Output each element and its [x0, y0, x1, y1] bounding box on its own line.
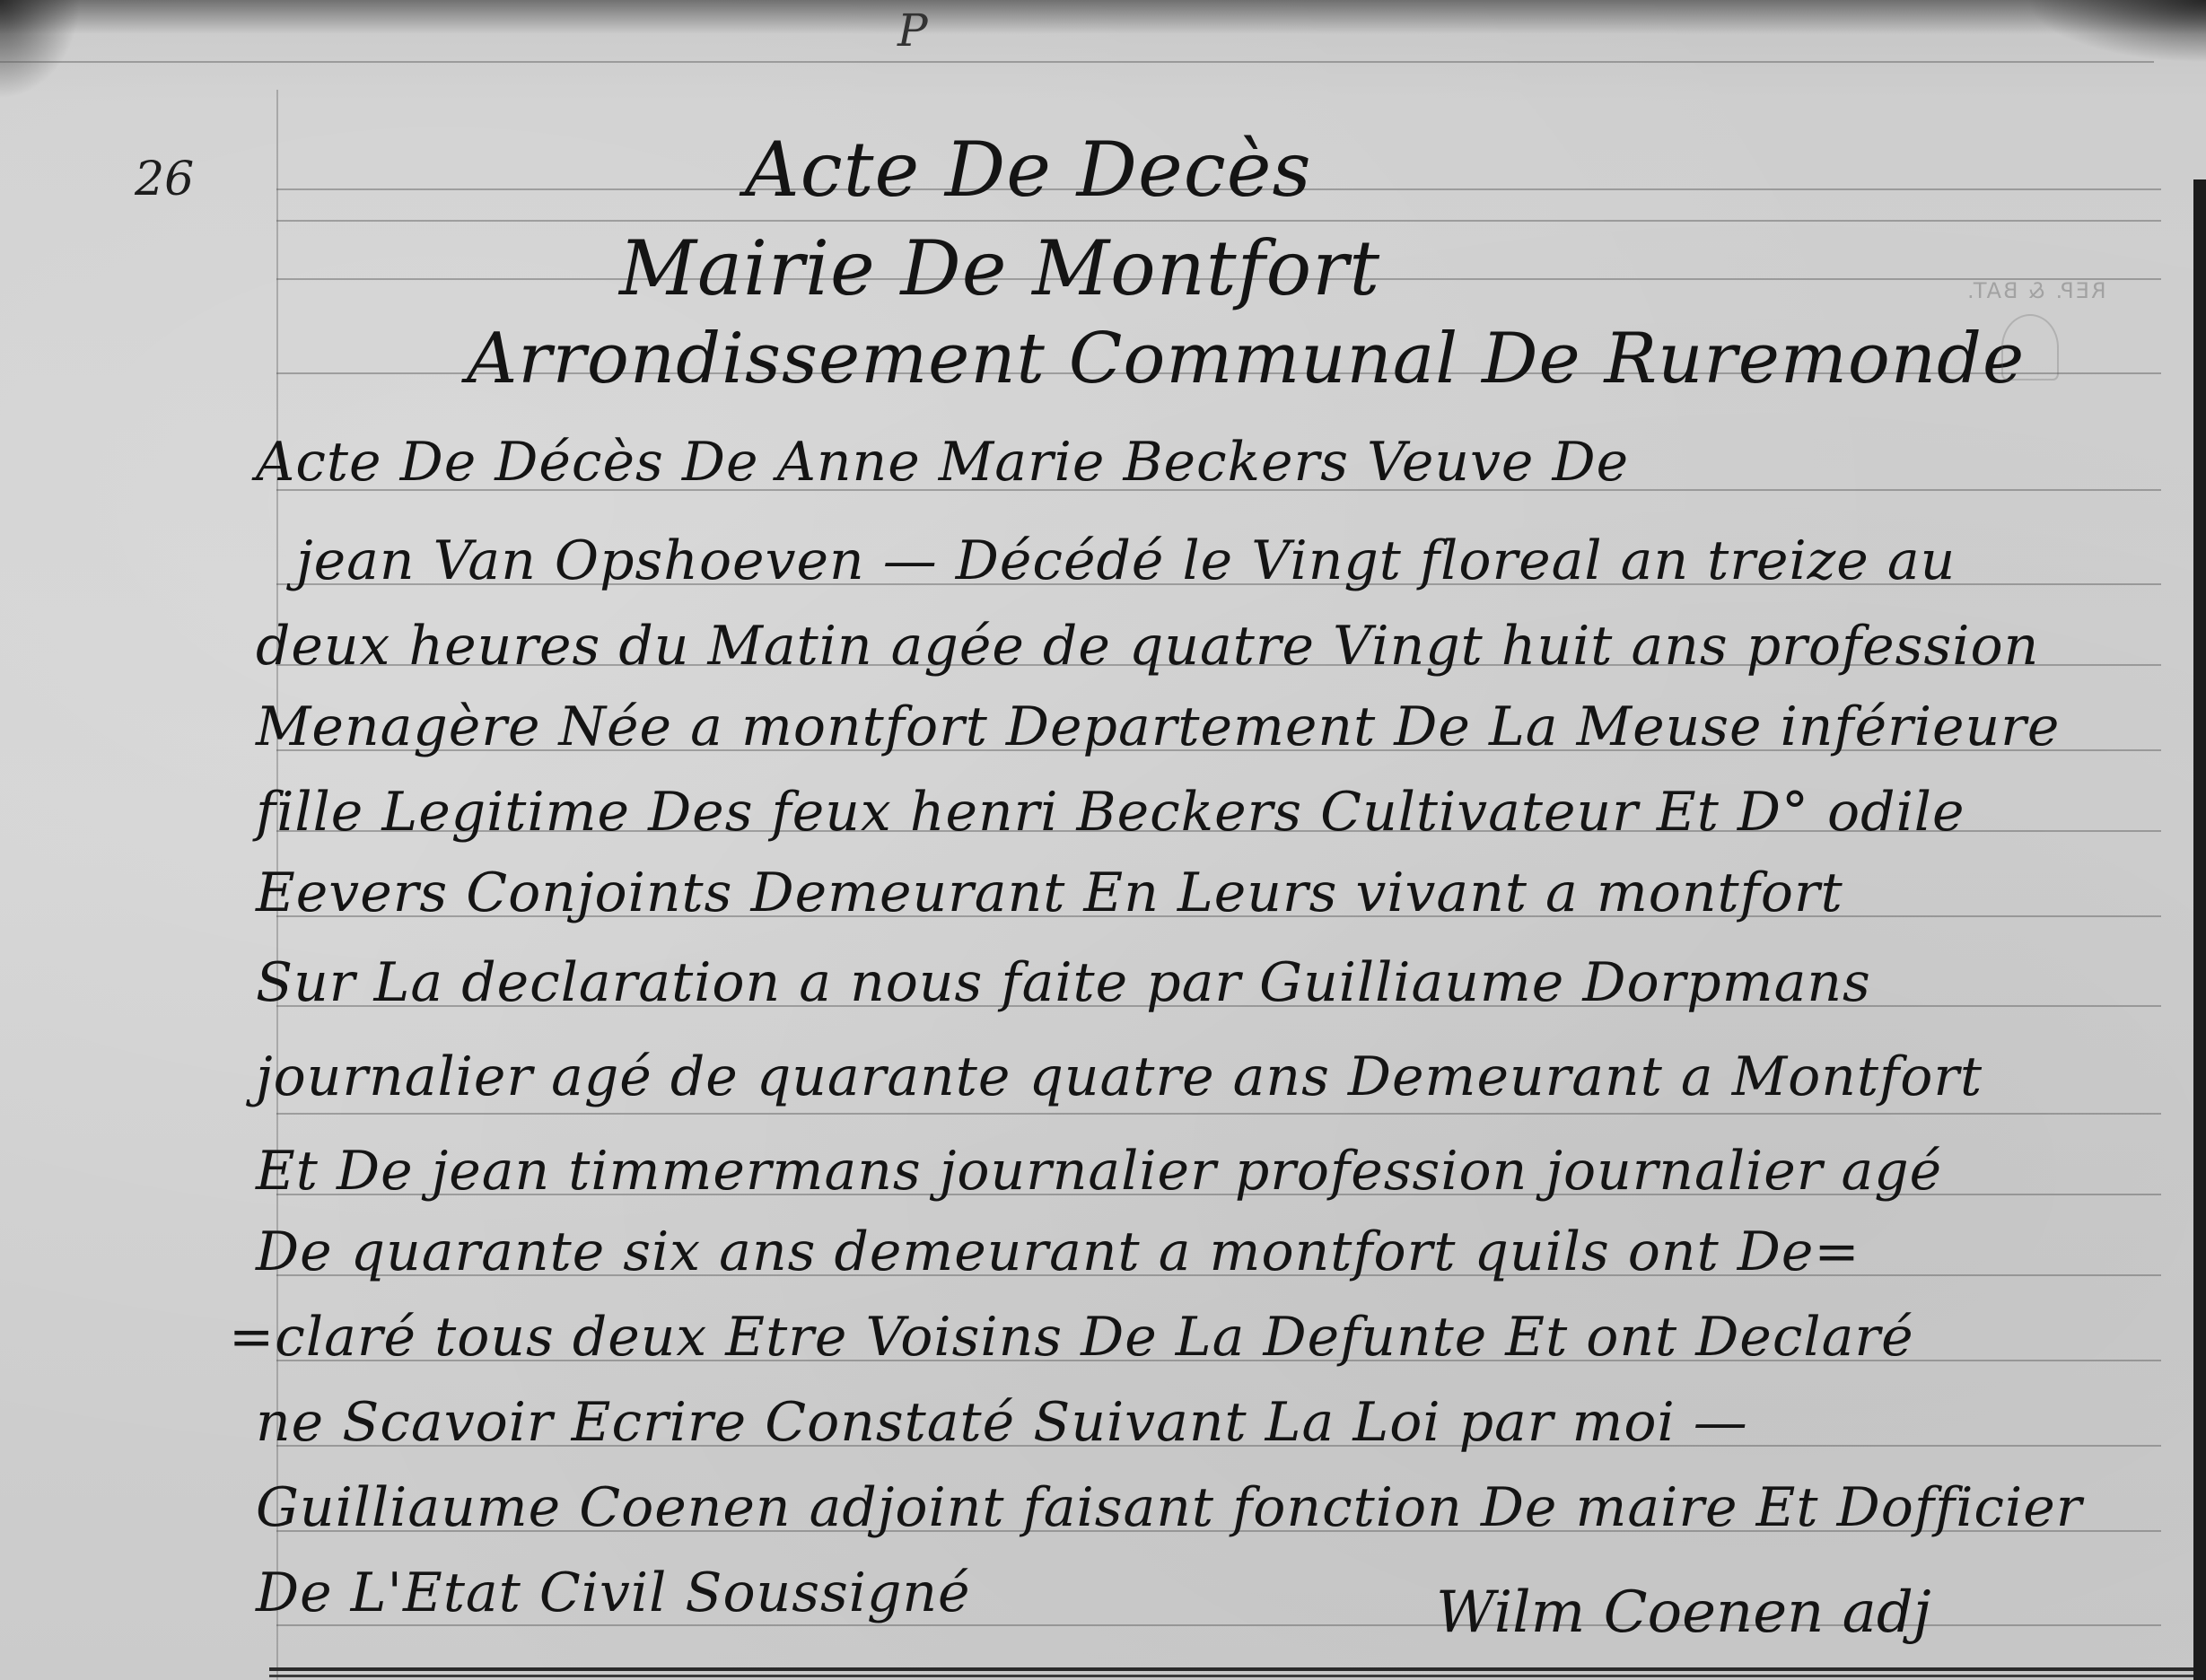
body-line-6: Eevers Conjoints Demeurant En Leurs viva…	[256, 862, 1843, 924]
closing-rule	[269, 1667, 2199, 1671]
body-line-4: Menagère Née a montfort Departement De L…	[256, 696, 2060, 758]
closing-rule-secondary	[269, 1675, 2199, 1677]
body-line-3: deux heures du Matin agée de quatre Ving…	[256, 615, 2039, 678]
body-line-9: Et De jean timmermans journalier profess…	[256, 1140, 1942, 1203]
page-shadow-top	[0, 0, 2206, 34]
folio-number: 26	[135, 153, 194, 206]
page-edge-shadow	[2193, 179, 2206, 1680]
ruled-line	[276, 220, 2161, 222]
faint-stamp: REP. & BAT.	[1939, 269, 2136, 404]
page-shadow-top-left	[0, 0, 81, 99]
body-line-2: jean Van Opshoeven — Décédé le Vingt flo…	[296, 529, 1956, 592]
heading-arrondissement: Arrondissement Communal De Ruremonde	[467, 319, 2025, 399]
ruled-line	[0, 61, 2154, 63]
body-line-12: ne Scavoir Ecrire Constaté Suivant La Lo…	[256, 1391, 1748, 1454]
body-line-7: Sur La declaration a nous faite par Guil…	[256, 951, 1871, 1014]
body-line-10: De quarante six ans demeurant a montfort…	[256, 1221, 1860, 1283]
body-line-14: De L'Etat Civil Soussigné	[256, 1562, 971, 1624]
signature: Wilm Coenen adj	[1436, 1579, 1931, 1646]
stamp-text: REP. & BAT.	[1965, 278, 2106, 303]
body-line-11: =claré tous deux Etre Voisins De La Defu…	[229, 1306, 1914, 1369]
heading-acte-de-deces: Acte De Decès	[745, 126, 1312, 214]
stamp-emblem-icon	[2001, 314, 2059, 381]
body-line-13: Guilliaume Coenen adjoint faisant foncti…	[256, 1476, 2082, 1539]
page-mark: P	[897, 4, 928, 57]
heading-mairie: Mairie De Montfort	[619, 224, 1380, 312]
register-page: P 26 Acte De Decès Mairie De Montfort Ar…	[0, 0, 2206, 1680]
page-shadow-top-right	[2027, 0, 2206, 63]
body-line-1: Acte De Décès De Anne Marie Beckers Veuv…	[256, 431, 1629, 494]
ruled-line	[276, 1113, 2161, 1115]
body-line-8: journalier agé de quarante quatre ans De…	[256, 1046, 1983, 1108]
body-line-5: fille Legitime Des feux henri Beckers Cu…	[256, 781, 1965, 844]
